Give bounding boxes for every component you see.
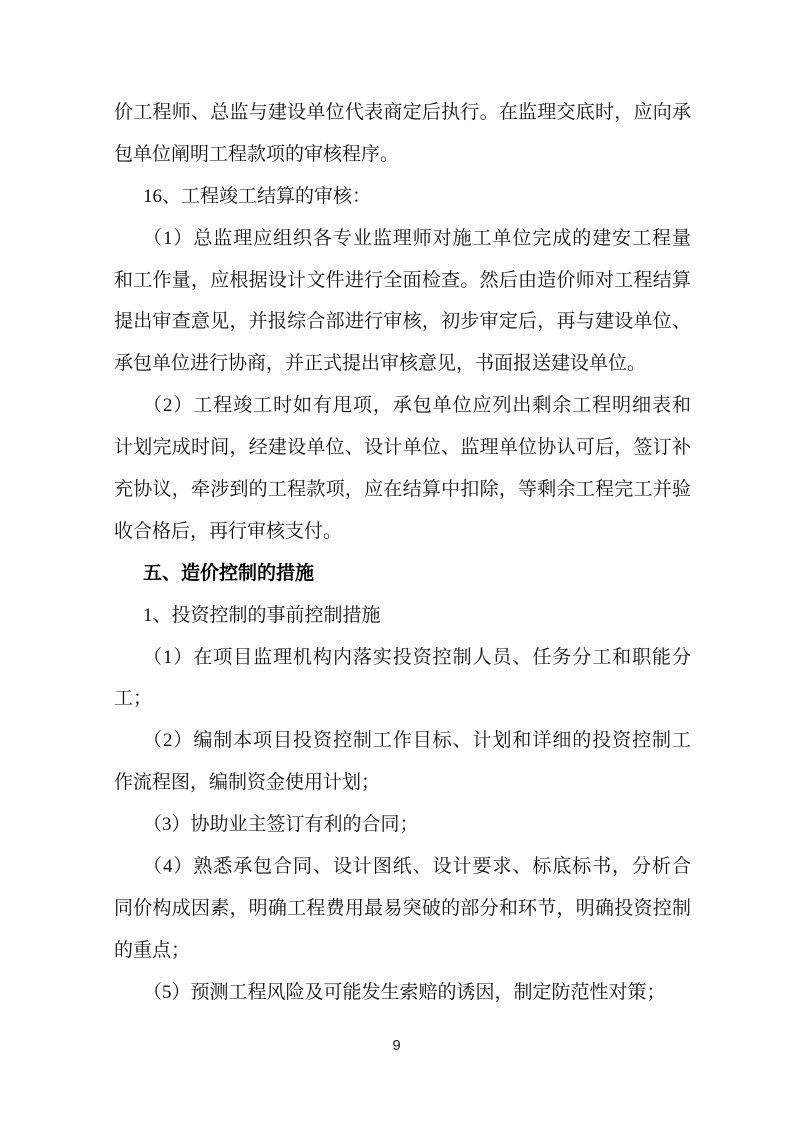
text-line: （2）编制本项目投资控制工作目标、计划和详细的投资控制工 xyxy=(114,720,691,762)
text-line: 的重点； xyxy=(114,930,691,972)
text-line: 1、投资控制的事前控制措施 xyxy=(114,595,691,637)
page-number: 9 xyxy=(0,1036,793,1056)
text-line: 提出审查意见，并报综合部进行审核，初步审定后，再与建设单位、 xyxy=(114,301,691,343)
text-line: （4）熟悉承包合同、设计图纸、设计要求、标底标书，分析合 xyxy=(114,846,691,888)
text-line: （1）总监理应组织各专业监理师对施工单位完成的建安工程量 xyxy=(114,218,691,260)
text-line: （5）预测工程风险及可能发生索赔的诱因，制定防范性对策； xyxy=(114,972,691,1014)
text-line: 价工程师、总监与建设单位代表商定后执行。在监理交底时，应向承 xyxy=(114,92,691,134)
text-line: 充协议，牵涉到的工程款项，应在结算中扣除，等剩余工程完工并验 xyxy=(114,469,691,511)
text-line: 包单位阐明工程款项的审核程序。 xyxy=(114,134,691,176)
document-page: 价工程师、总监与建设单位代表商定后执行。在监理交底时，应向承包单位阐明工程款项的… xyxy=(0,0,793,1122)
text-line: 作流程图，编制资金使用计划； xyxy=(114,762,691,804)
text-line: 工； xyxy=(114,678,691,720)
text-line: 同价构成因素，明确工程费用最易突破的部分和环节，明确投资控制 xyxy=(114,888,691,930)
text-line: （3）协助业主签订有利的合同； xyxy=(114,804,691,846)
heading-line: 五、造价控制的措施 xyxy=(114,553,691,595)
text-line: （2）工程竣工时如有甩项，承包单位应列出剩余工程明细表和 xyxy=(114,385,691,427)
text-line: 收合格后，再行审核支付。 xyxy=(114,511,691,553)
text-line: （1）在项目监理机构内落实投资控制人员、任务分工和职能分 xyxy=(114,637,691,679)
document-body: 价工程师、总监与建设单位代表商定后执行。在监理交底时，应向承包单位阐明工程款项的… xyxy=(0,0,793,1014)
text-line: 承包单位进行协商，并正式提出审核意见，书面报送建设单位。 xyxy=(114,343,691,385)
text-line: 16、工程竣工结算的审核： xyxy=(114,176,691,218)
text-line: 和工作量，应根据设计文件进行全面检查。然后由造价师对工程结算 xyxy=(114,260,691,302)
text-line: 计划完成时间，经建设单位、设计单位、监理单位协认可后，签订补 xyxy=(114,427,691,469)
